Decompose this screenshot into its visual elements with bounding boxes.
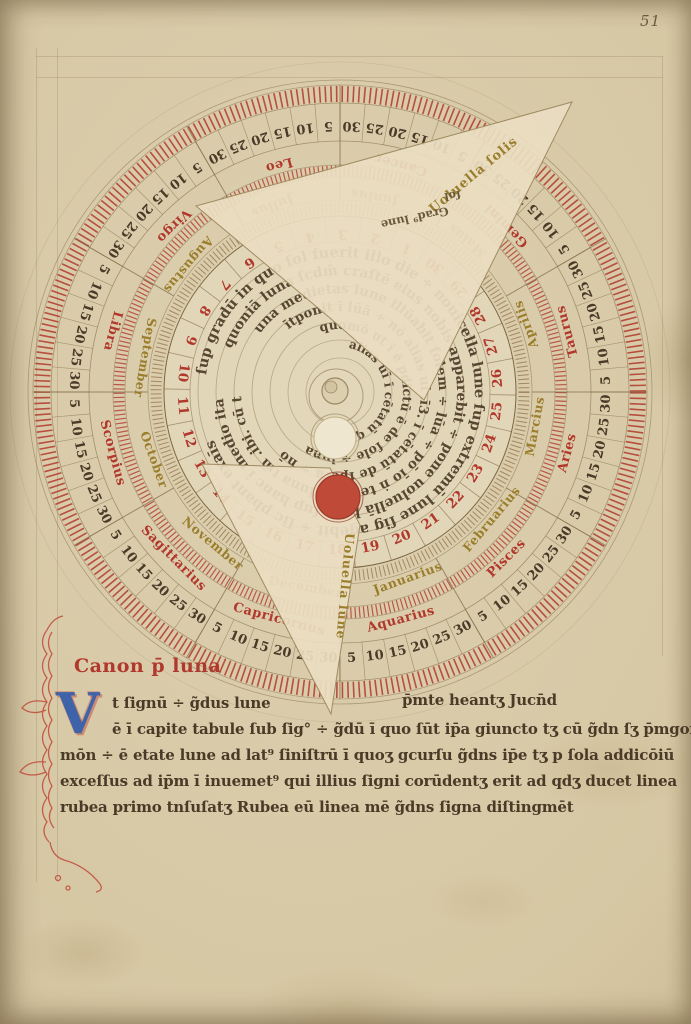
divider-line — [174, 598, 196, 629]
day-number: 10 — [365, 648, 385, 665]
day-number: 10 — [67, 417, 84, 437]
spiral-path — [295, 347, 385, 437]
day-number: 15 — [387, 643, 408, 662]
day-number: 10 — [295, 119, 315, 136]
divider-line — [405, 113, 415, 150]
day-number: 15 — [76, 301, 96, 323]
disc-number: 9 — [182, 334, 200, 348]
divider-line — [438, 505, 455, 525]
divider-line — [186, 558, 244, 658]
divider-line — [178, 451, 202, 461]
disc-number: 25 — [488, 401, 506, 422]
divider-line — [61, 457, 98, 467]
divider-line — [315, 104, 318, 142]
day-number: 5 — [568, 508, 585, 523]
day-number: 30 — [66, 371, 82, 390]
disc-number: 19 — [359, 537, 381, 556]
zodiac-label: Scorpius — [97, 418, 129, 487]
disc-number: 26 — [489, 368, 507, 388]
disc-number: 8 — [195, 302, 214, 318]
divider-line — [546, 226, 577, 248]
moon-pointer-flap[interactable] — [202, 464, 360, 714]
volvelle-diagram: 5101520253051015202530510152025305101520… — [0, 0, 691, 1024]
divider-line — [225, 259, 242, 279]
divider-line — [174, 155, 196, 186]
divider-line — [557, 248, 590, 267]
day-number: 15 — [508, 577, 531, 600]
divider-line — [180, 318, 204, 329]
day-number: 15 — [591, 324, 610, 345]
canon-line-3: mōn ÷ ē etate lune ad lat⁹ ſiniſtrū ī qu… — [60, 746, 674, 764]
day-number: 25 — [365, 119, 385, 136]
divider-line — [582, 317, 619, 327]
divider-line — [413, 523, 426, 546]
day-number: 15 — [71, 439, 90, 460]
day-number: 20 — [409, 636, 431, 656]
day-number: 20 — [584, 301, 604, 323]
divider-line — [362, 642, 365, 680]
margin-rule-left-outer — [36, 48, 37, 882]
day-number: 20 — [387, 123, 408, 142]
month-label: October — [137, 429, 171, 490]
day-number: 30 — [104, 237, 126, 260]
divider-line — [78, 270, 112, 286]
zodiac-label: Taurus — [553, 304, 581, 359]
day-number: 25 — [117, 218, 140, 241]
month-label: Februarius — [459, 483, 523, 555]
canon-line-4: exceſſus ad ip̄m ī inuemet⁹ qui illius ſ… — [60, 772, 677, 790]
divider-line — [576, 293, 612, 306]
day-number: 20 — [76, 461, 96, 483]
flourish-dot-2 — [66, 886, 70, 890]
divider-line — [384, 639, 391, 676]
divider-line — [196, 142, 215, 175]
divider-line — [532, 206, 561, 230]
divider-line — [74, 238, 174, 296]
sun-pointer-flap[interactable] — [196, 102, 572, 400]
divider-line — [567, 498, 601, 514]
pivot-knot-inner — [325, 381, 337, 393]
day-number: 30 — [185, 606, 208, 628]
disc-number: 21 — [418, 509, 443, 533]
divider-line — [167, 421, 193, 426]
day-number: 20 — [272, 643, 293, 662]
divider-line — [290, 107, 297, 144]
day-number: 20 — [525, 560, 548, 583]
disc-number: 22 — [443, 487, 468, 512]
margin-rule-right — [662, 56, 663, 656]
divider-line — [405, 634, 415, 671]
day-number: 5 — [106, 527, 124, 543]
day-number: 30 — [342, 118, 361, 134]
day-number: 25 — [431, 628, 453, 649]
day-number: 5 — [475, 608, 491, 626]
divider-line — [506, 239, 606, 296]
day-number: 15 — [148, 184, 171, 207]
day-number: 10 — [227, 628, 249, 649]
divider-line — [90, 518, 123, 537]
divider-line — [103, 226, 134, 248]
divider-line — [119, 206, 148, 230]
zodiac-label: Libra — [100, 309, 125, 353]
divider-line — [241, 120, 254, 156]
month-label: Aprilis — [510, 298, 541, 351]
divider-line — [590, 414, 628, 417]
day-number: 15 — [249, 636, 271, 656]
day-number: 10 — [83, 279, 104, 301]
divider-line — [486, 426, 511, 432]
zodiac-label: Virgo — [153, 205, 194, 246]
canon-line-2: ē ī capite tabule ſub ſig° ÷ g̃dū ī quo … — [112, 720, 691, 738]
divider-line — [136, 569, 163, 596]
day-number: 30 — [566, 257, 588, 280]
disc-number: 20 — [390, 526, 414, 548]
divider-line — [218, 130, 234, 164]
divider-line — [446, 619, 462, 653]
day-number: 5 — [599, 376, 614, 386]
divider-line — [265, 113, 275, 150]
divider-line — [506, 488, 606, 546]
day-number: 30 — [452, 618, 475, 640]
divider-line — [384, 535, 392, 560]
day-number: 10 — [540, 218, 563, 241]
day-number: 25 — [540, 542, 563, 565]
canon-line-1-right: p̄mte heantʒ Jucn̄d — [402, 691, 557, 709]
divider-line — [484, 598, 506, 629]
disc-number: 27 — [481, 334, 502, 357]
day-number: 5 — [66, 399, 81, 409]
day-number: 30 — [93, 504, 115, 527]
divider-line — [436, 558, 493, 658]
pivot-ring — [309, 369, 363, 423]
day-number: 15 — [132, 560, 155, 583]
pivot-knot — [322, 378, 348, 404]
disc-number: 11 — [174, 396, 192, 416]
zodiac-label: Aries — [555, 432, 580, 475]
divider-line — [517, 569, 544, 596]
flourish-top-hook — [47, 616, 63, 630]
divider-line — [590, 367, 628, 370]
divider-line — [119, 553, 148, 577]
flourish-stem-2 — [49, 632, 55, 828]
divider-line — [154, 171, 178, 200]
divider-line — [154, 584, 178, 613]
disc-number: 10 — [174, 362, 192, 383]
divider-line — [136, 188, 163, 215]
disc-number: 12 — [179, 427, 200, 450]
flourish-left-curl-1 — [22, 701, 46, 713]
day-number: 15 — [525, 200, 548, 223]
day-number: 25 — [576, 279, 597, 301]
divider-line — [576, 478, 612, 491]
divider-line — [265, 634, 275, 671]
day-number: 10 — [490, 592, 513, 615]
divider-line — [362, 104, 365, 142]
sight-hole — [314, 417, 356, 459]
divider-line — [78, 498, 112, 514]
divider-line — [546, 536, 577, 558]
day-number: 15 — [584, 461, 604, 483]
divider-line — [587, 342, 624, 349]
zodiac-label: Sagittarius — [138, 523, 210, 595]
divider-line — [582, 457, 619, 467]
divider-line — [587, 436, 624, 443]
margin-rule-left-inner — [57, 48, 58, 882]
divider-line — [169, 352, 194, 358]
sight-hole-rim — [311, 414, 359, 462]
divider-line — [74, 488, 174, 545]
divider-line — [567, 270, 601, 286]
divider-line — [426, 628, 439, 664]
day-number: 30 — [205, 145, 228, 167]
disc-number: 24 — [479, 432, 500, 455]
divider-line — [478, 323, 502, 333]
disc-number: 23 — [464, 461, 487, 485]
flourish-left-curl-2 — [20, 762, 46, 775]
canon-line-5: rubea primo tnſuſatʒ Rubea eū linea mē g… — [60, 798, 573, 816]
divider-line — [196, 609, 215, 642]
divider-line — [61, 317, 98, 327]
zodiac-label: Aquarius — [364, 603, 436, 636]
manuscript-page: 51 Canon p̄ luna V t ſignū ÷ g̃dus lune … — [0, 0, 691, 1024]
day-number: 5 — [556, 241, 574, 257]
divider-line — [68, 293, 104, 306]
margin-rule-top-inner — [36, 77, 663, 78]
day-number: 20 — [249, 128, 271, 148]
zodiac-label: Leo — [264, 154, 295, 176]
margin-rule-top-outer — [36, 56, 663, 57]
day-number: 20 — [148, 577, 171, 600]
divider-line — [487, 358, 513, 363]
day-number: 10 — [166, 169, 189, 192]
month-label: Januarius — [370, 558, 444, 597]
day-number: 10 — [576, 483, 597, 505]
divider-line — [241, 628, 254, 664]
divider-line — [532, 553, 561, 577]
month-label: Augustus — [161, 233, 218, 297]
divider-line — [501, 584, 525, 613]
divider-line — [466, 609, 485, 642]
day-number: 5 — [189, 158, 205, 176]
day-number: 20 — [71, 324, 90, 345]
day-number: 5 — [95, 261, 112, 276]
day-number: 15 — [272, 123, 293, 142]
day-number: 5 — [209, 620, 224, 637]
month-label: September — [131, 317, 160, 399]
day-number: 20 — [132, 200, 155, 223]
divider-line — [384, 107, 391, 144]
day-number: 30 — [554, 524, 576, 547]
canon-rubric: Canon p̄ luna — [74, 655, 221, 677]
divider-line — [55, 436, 92, 443]
day-number: 10 — [117, 542, 140, 565]
day-number: 25 — [83, 483, 104, 505]
divider-line — [199, 286, 220, 302]
divider-line — [218, 619, 234, 653]
canon-line-1: t ſignū ÷ g̃dus lune — [112, 694, 270, 712]
divider-line — [460, 482, 481, 498]
flourish-stem — [43, 630, 50, 842]
disc-number: 7 — [215, 275, 233, 293]
decorated-initial: V — [56, 684, 99, 744]
divider-line — [55, 342, 92, 349]
divider-line — [103, 536, 134, 558]
day-number: 5 — [324, 118, 334, 133]
day-number: 25 — [166, 592, 189, 615]
month-label: Marcius — [522, 395, 547, 457]
day-number: 20 — [591, 439, 610, 460]
day-number: 25 — [596, 417, 613, 437]
day-number: 5 — [347, 651, 357, 666]
divider-line — [557, 518, 590, 537]
day-number: 30 — [598, 394, 614, 413]
ring-circle — [306, 358, 374, 426]
day-number: 10 — [596, 347, 613, 367]
day-number: 25 — [227, 135, 249, 156]
divider-line — [90, 248, 123, 267]
folio-number: 51 — [640, 12, 661, 30]
divider-line — [68, 478, 104, 491]
day-number: 25 — [67, 347, 84, 367]
divider-line — [476, 455, 500, 466]
zodiac-label: Pisces — [484, 536, 529, 581]
